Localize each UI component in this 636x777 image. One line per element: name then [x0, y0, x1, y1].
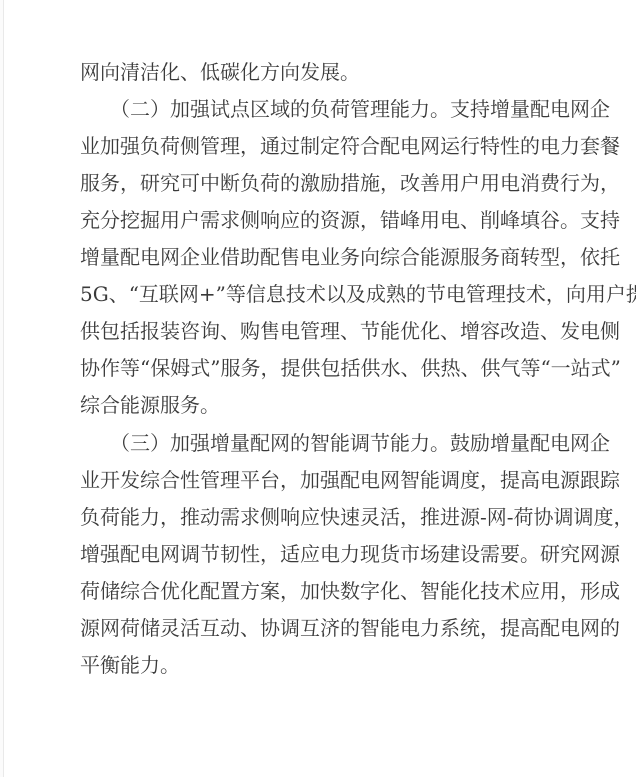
paragraph-line: 业加强负荷侧管理，通过制定符合配电网运行特性的电力套餐	[80, 131, 552, 161]
paragraph-line: 网向清洁化、低碳化方向发展。	[80, 57, 552, 87]
paragraph-line: 平衡能力。	[80, 650, 552, 680]
paragraph-line: 供包括报装咨询、购售电管理、节能优化、增容改造、发电侧	[80, 316, 552, 346]
paragraph-line: 荷储综合优化配置方案，加快数字化、智能化技术应用，形成	[80, 576, 552, 606]
document-page: 网向清洁化、低碳化方向发展。 （二）加强试点区域的负荷管理能力。支持增量配电网企…	[3, 0, 636, 777]
paragraph-line: 综合能源服务。	[80, 390, 552, 420]
paragraph-line: 源网荷储灵活互动、协调互济的智能电力系统，提高配电网的	[80, 613, 552, 643]
paragraph-line: 增强配电网调节韧性，适应电力现货市场建设需要。研究网源	[80, 539, 552, 569]
paragraph-line: 增量配电网企业借助配售电业务向综合能源服务商转型，依托	[80, 242, 552, 272]
paragraph-line: 5G、“互联网+”等信息技术以及成熟的节电管理技术，向用户提	[80, 279, 552, 309]
paragraph-line: 负荷能力，推动需求侧响应快速灵活，推进源-网-荷协调调度，	[80, 502, 552, 532]
section-3-heading-line: （三）加强增量配网的智能调节能力。鼓励增量配电网企	[110, 428, 552, 458]
paragraph-line: 协作等“保姆式”服务，提供包括供水、供热、供气等“一站式”	[80, 353, 552, 383]
paragraph-line: 服务，研究可中断负荷的激励措施，改善用户用电消费行为，	[80, 168, 552, 198]
section-2-heading-line: （二）加强试点区域的负荷管理能力。支持增量配电网企	[110, 94, 552, 124]
paragraph-line: 充分挖掘用户需求侧响应的资源，错峰用电、削峰填谷。支持	[80, 205, 552, 235]
paragraph-line: 业开发综合性管理平台，加强配电网智能调度，提高电源跟踪	[80, 465, 552, 495]
